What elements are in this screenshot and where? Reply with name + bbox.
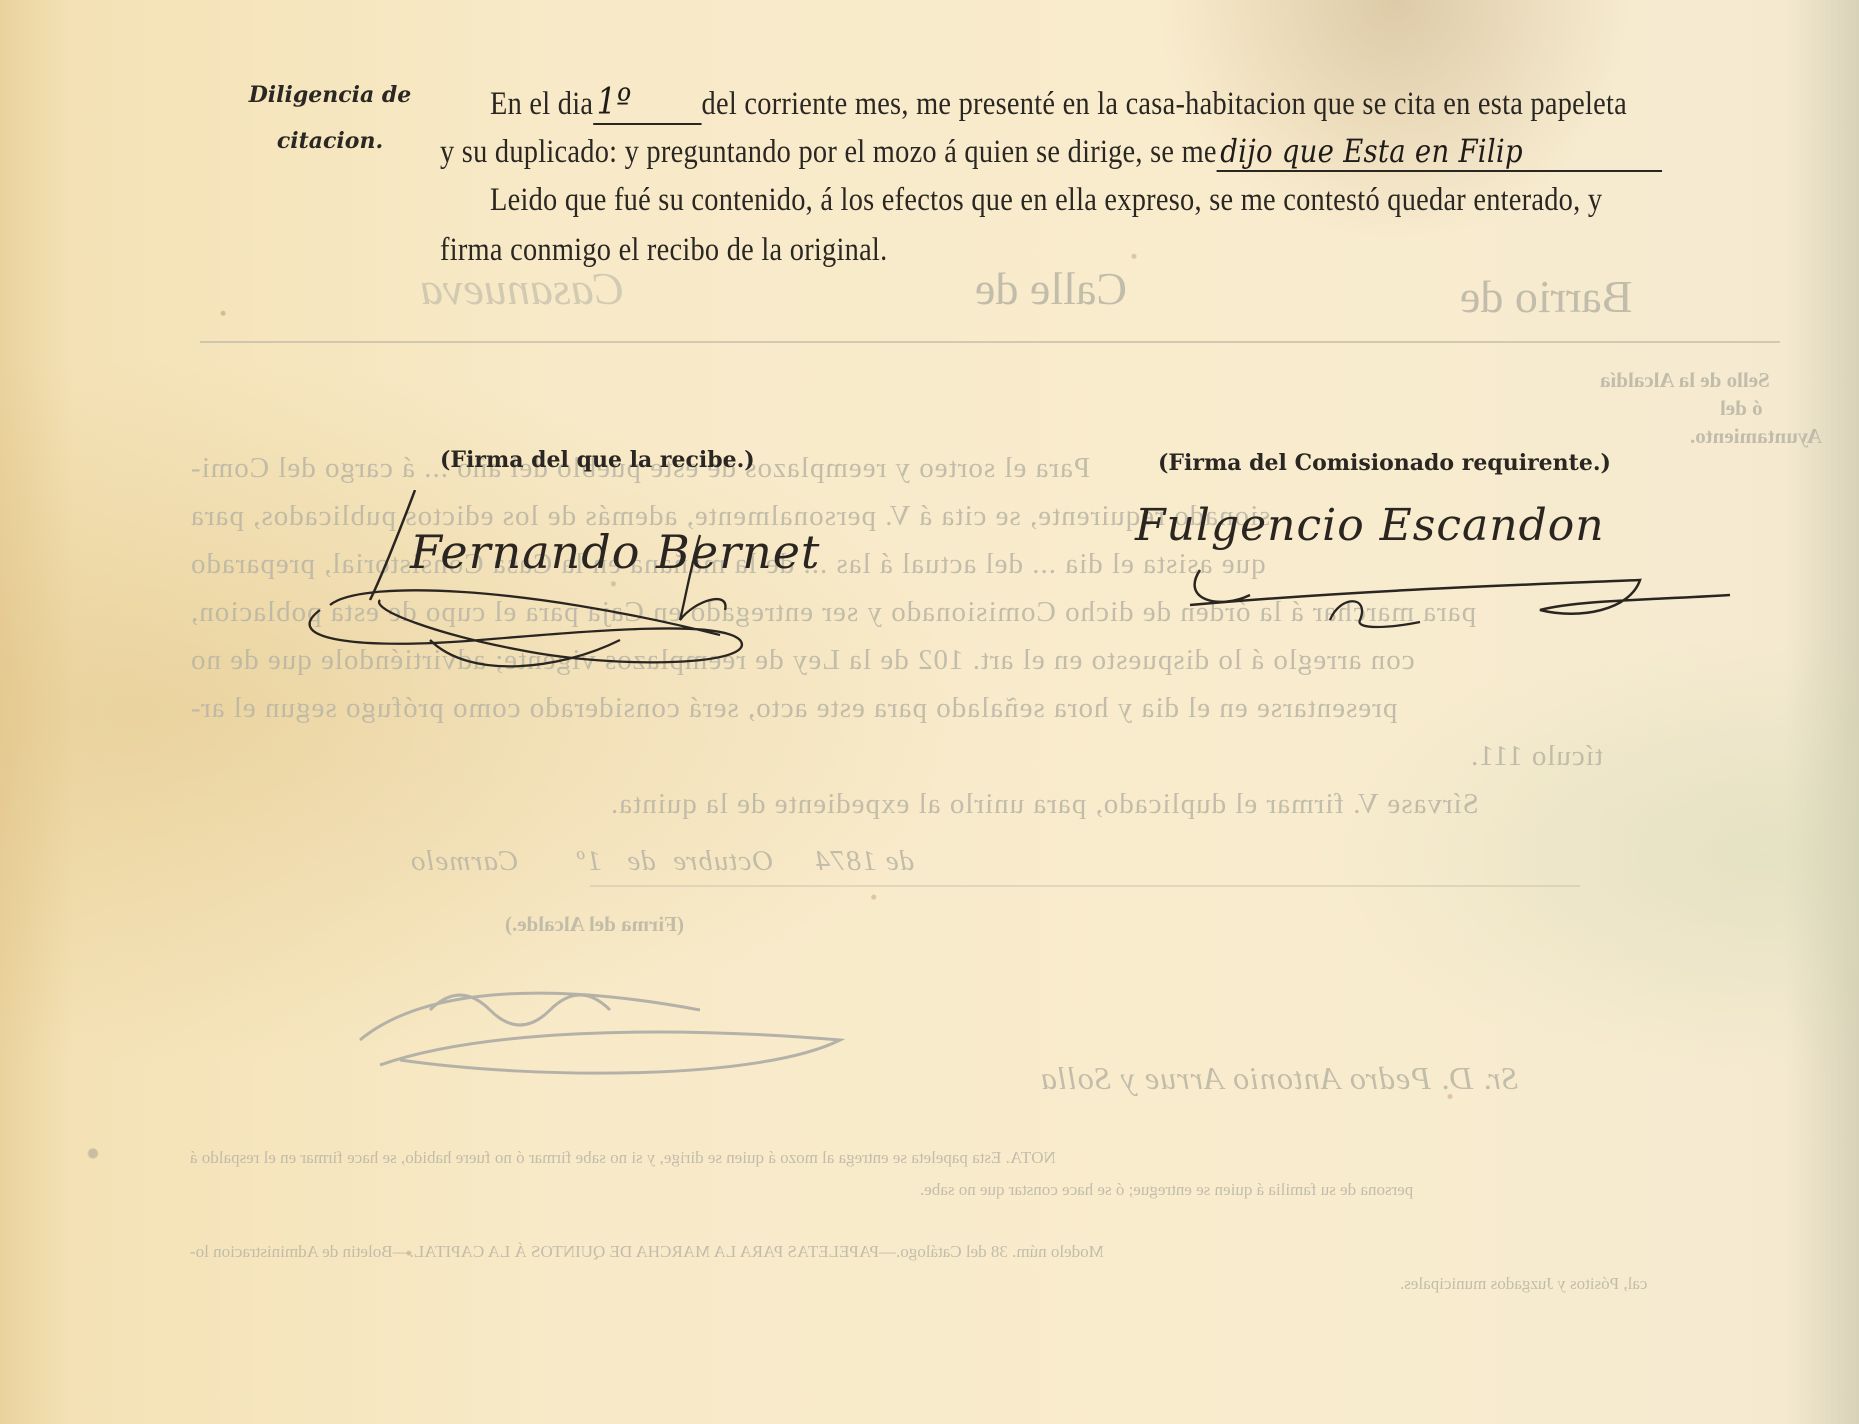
paragraph-line-3: Leido que fué su contenido, á los efecto…: [490, 182, 1602, 219]
bleed-barrio-label: Barrio de: [1460, 270, 1632, 323]
bleed-place: Carmelo: [410, 845, 519, 877]
bleed-body-line: presentarse en el dia y hora señalado pa…: [190, 692, 1397, 725]
side-label-diligencia: Diligencia de: [240, 82, 420, 108]
day-fill-field: 1º: [593, 82, 701, 125]
bleed-margin-note-2: ó del: [1720, 396, 1763, 421]
bleed-de: de: [627, 845, 656, 877]
paragraph-line-4: firma conmigo el recibo de la original.: [440, 232, 887, 269]
bleed-month: Octubre: [672, 845, 773, 877]
bleed-body-line: tículo 111.: [1470, 740, 1603, 773]
commissioner-signature-flourish: [1160, 540, 1760, 640]
bleed-margin-note-1: Sello de la Alcaldía: [1600, 368, 1770, 393]
paragraph-line-1: En el dia1ºdel corriente mes, me present…: [490, 82, 1627, 125]
commissioner-signature-caption: (Firma del Comisionado requirente.): [1158, 450, 1611, 476]
answer-fill-field: dijo que Esta en Filip: [1217, 132, 1662, 172]
bleed-calle-label: Calle de: [975, 262, 1127, 315]
bleed-nota-line: NOTA. Esta papeleta se entrega al mozo á…: [190, 1148, 1056, 1168]
bleed-day: 1º: [576, 845, 602, 877]
bleed-margin-note-3: Ayuntamiento.: [1690, 424, 1822, 449]
recipient-signature-flourish: [300, 490, 860, 670]
paragraph-line-2: y su duplicado: y preguntando por el moz…: [440, 132, 1662, 172]
bleed-footer-line: Modelo núm. 38 del Catálogo.—PAPELETAS P…: [190, 1242, 1104, 1262]
bleed-date-rule: [590, 885, 1580, 887]
bleed-nota-line: persona de su familia á quien se entregu…: [920, 1180, 1413, 1200]
bleed-calle-value: Casanueva: [420, 262, 624, 315]
side-label-citacion: citacion.: [240, 128, 420, 154]
bleed-body-line: Sírvase V. firmar el duplicado, para uni…: [610, 788, 1479, 821]
line2-prefix: y su duplicado: y preguntando por el moz…: [440, 134, 1217, 170]
bleed-mayor-signature: [340, 970, 900, 1090]
bleed-date-line: de 1874 Octubre de 1º Carmelo: [410, 845, 914, 878]
line1-suffix: del corriente mes, me presenté en la cas…: [702, 86, 1627, 122]
line1-prefix: En el dia: [490, 86, 593, 122]
recipient-signature-caption: (Firma del que la recibe.): [440, 447, 755, 473]
bleed-year-suffix: 74: [815, 845, 846, 877]
bleed-addressee: Sr. D. Pedro Antonio Arrue y Solla: [1040, 1060, 1518, 1097]
bleed-year-prefix: de 18: [846, 845, 915, 877]
bleed-mayor-caption: (Firma del Alcalde.): [505, 912, 684, 937]
bleed-rule: [200, 341, 1780, 343]
bleed-footer-line: cal, Pósitos y Juzgados municipales.: [1400, 1274, 1647, 1294]
